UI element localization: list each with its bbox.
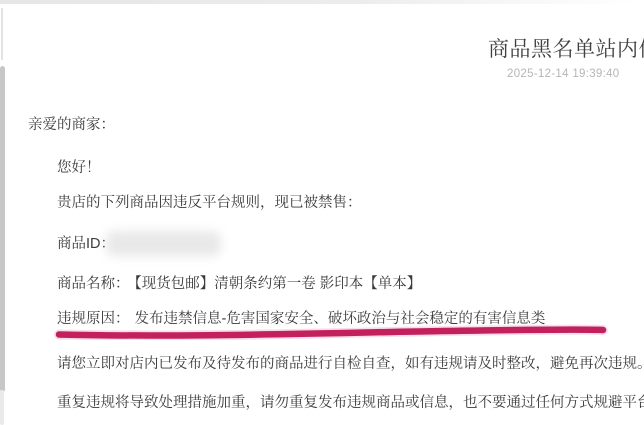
violation-reason-row: 违规原因：发布违禁信息-危害国家安全、破坏政治与社会稳定的有害信息类 <box>57 311 545 328</box>
violation-reason-label: 违规原因： <box>57 311 130 327</box>
repeat-violation-warning-text: 重复违规将导致处理措施加重，请勿重复发布违规商品或信息，也不要通过任何方式规避平… <box>57 395 644 412</box>
top-edge-strip <box>0 0 644 4</box>
left-edge-strip-tail <box>0 390 4 425</box>
left-edge-hairline <box>1 8 3 60</box>
product-name-row: 商品名称：【现货包邮】清朝条约第一卷 影印本【单本】 <box>57 276 421 293</box>
page-title: 商品黑名单站内信 <box>488 33 644 63</box>
underline-glow-stroke <box>59 330 603 336</box>
greeting-text: 您好！ <box>57 160 101 177</box>
message-timestamp: 2025-12-14 19:39:40 <box>507 68 620 80</box>
message-screenshot: 商品黑名单站内信 2025-12-14 19:39:40 亲爱的商家： 您好！ … <box>0 0 644 425</box>
self-check-advice-text: 请您立即对店内已发布及待发布的商品进行自检自查，如有违规请及时整改，避免再次违规… <box>57 356 644 373</box>
salutation-text: 亲爱的商家： <box>28 117 115 134</box>
product-name-label: 商品名称： <box>57 276 130 292</box>
underline-main-stroke <box>59 330 603 336</box>
product-id-redacted-blur <box>106 231 221 256</box>
violation-reason-value: 发布违禁信息-危害国家安全、破坏政治与社会稳定的有害信息类 <box>135 311 546 327</box>
product-name-value: 【现货包邮】清朝条约第一卷 影印本【单本】 <box>135 276 422 292</box>
intro-text: 贵店的下列商品因违反平台规则，现已被禁售： <box>57 195 362 212</box>
left-edge-strip <box>0 66 5 392</box>
